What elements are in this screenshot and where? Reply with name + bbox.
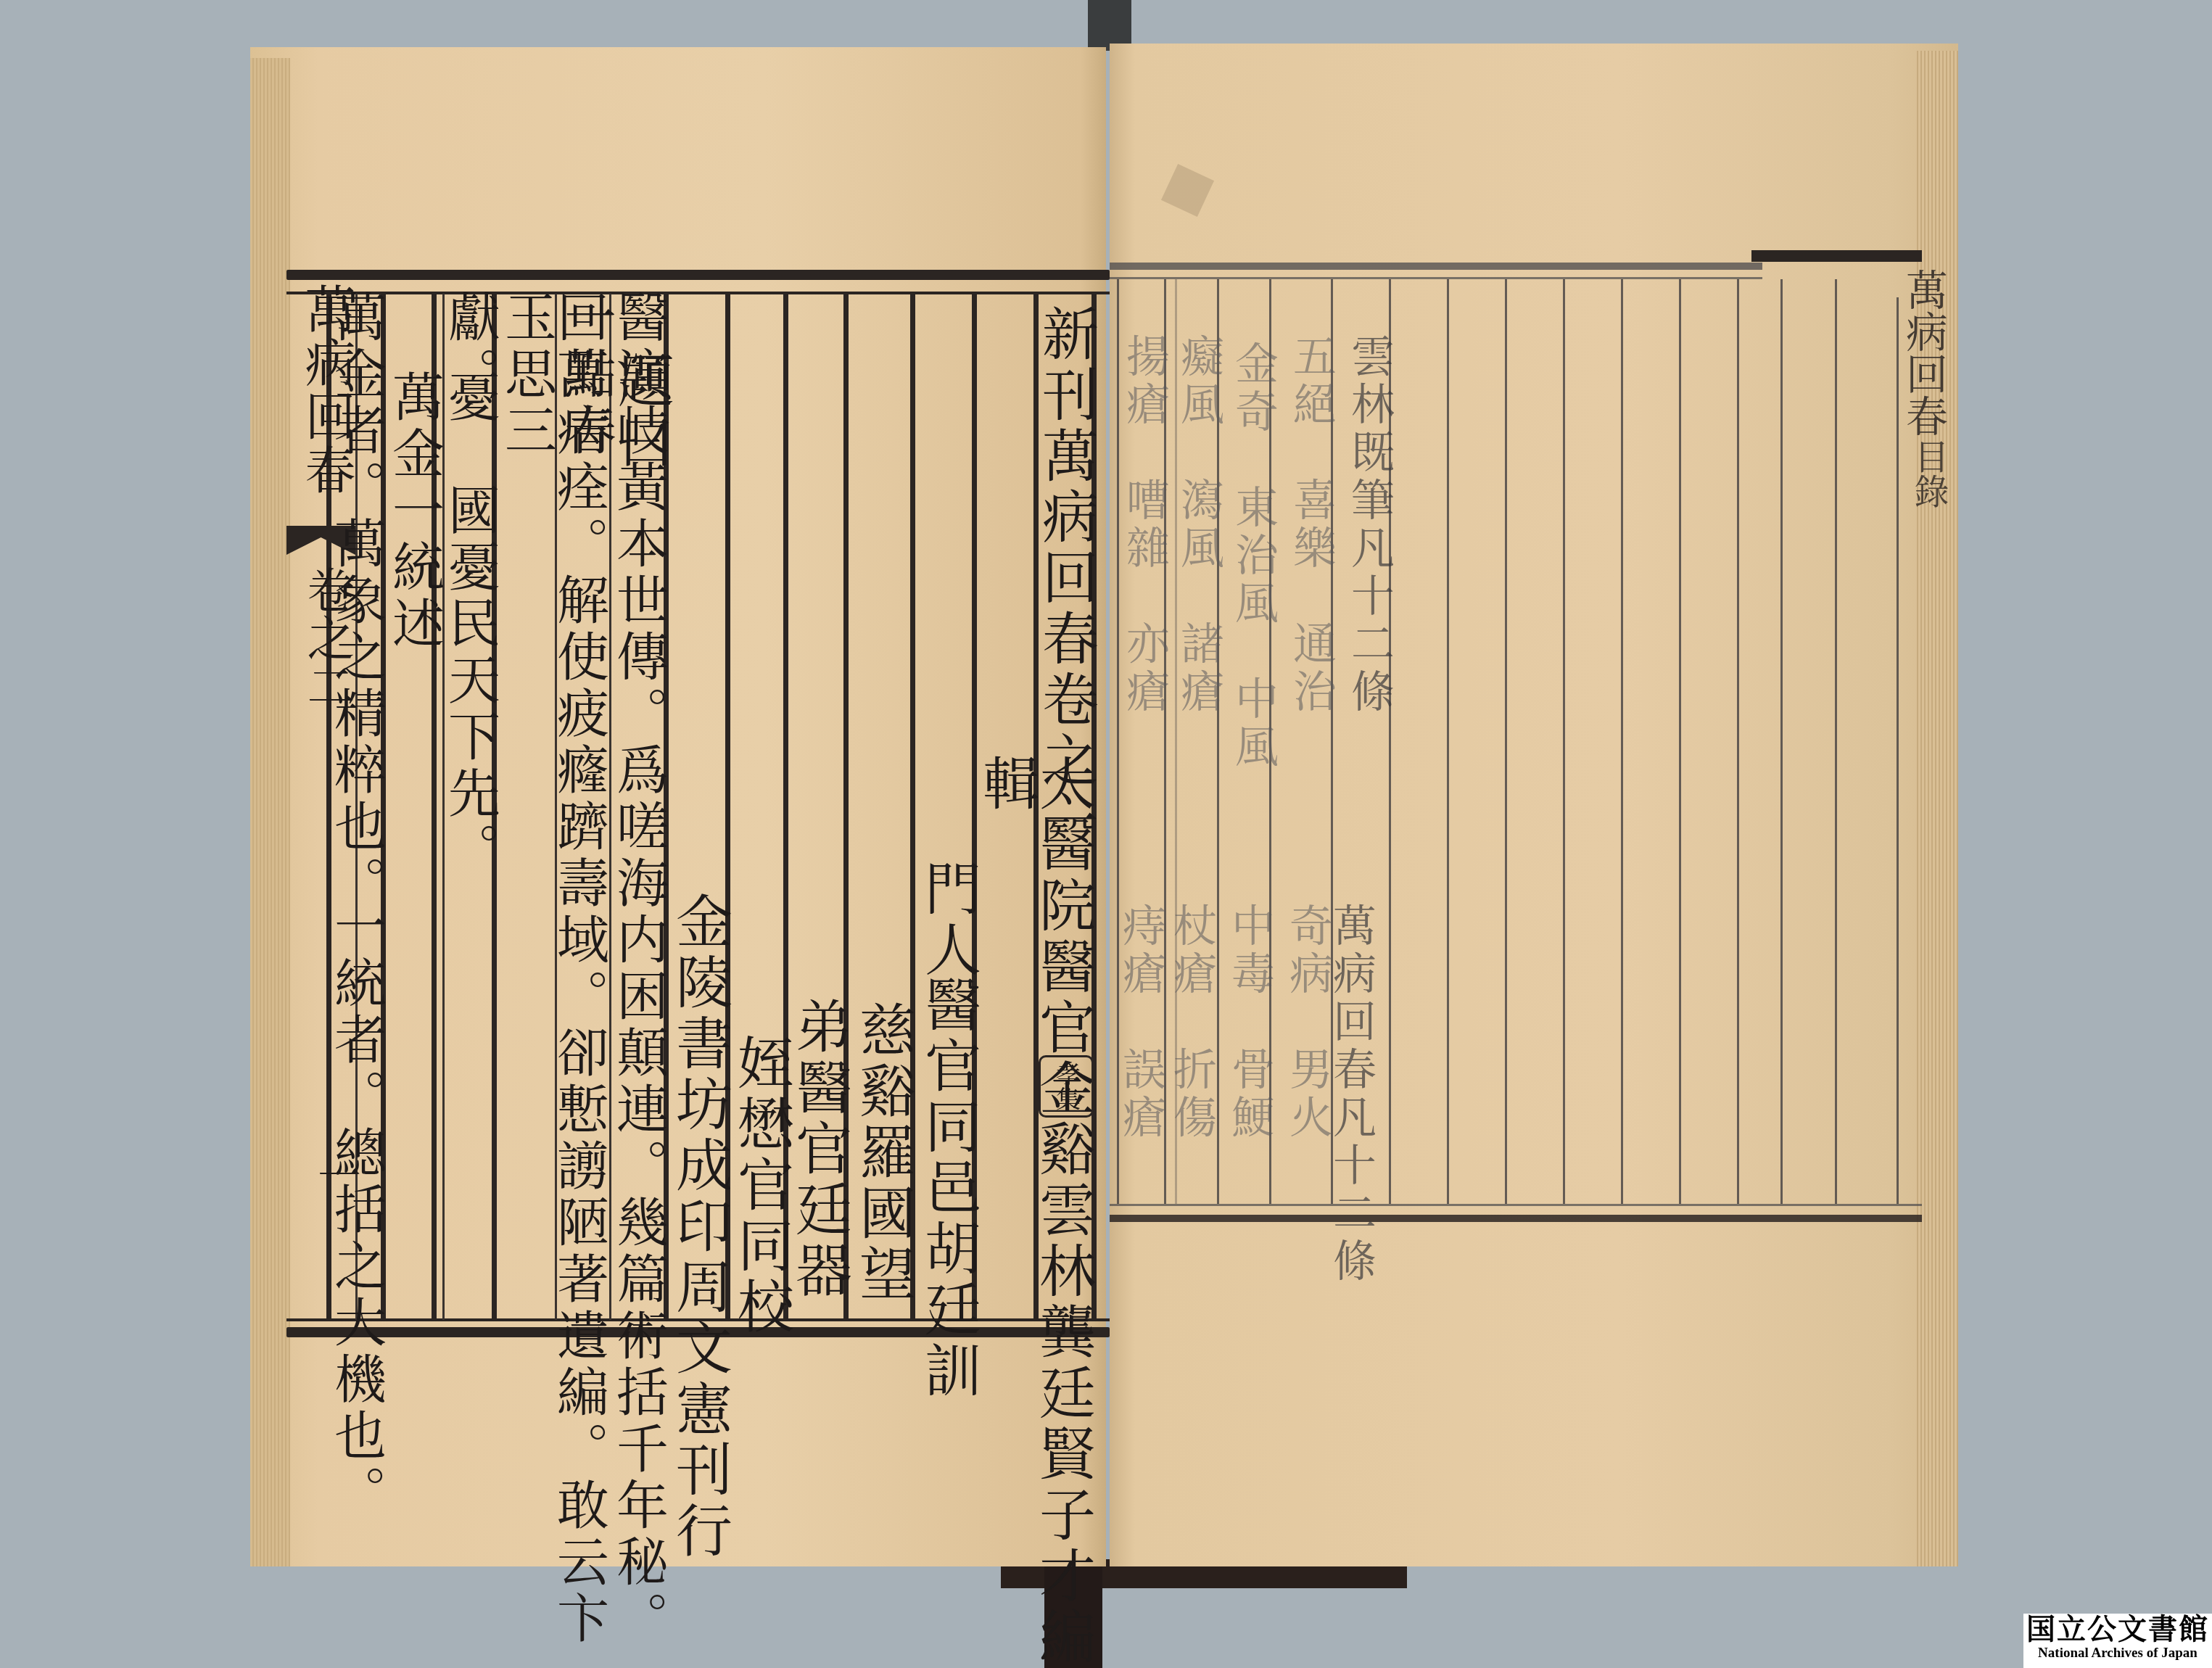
show-through-text: 中毒 骨鯁 <box>1218 903 1281 1142</box>
show-through-text: 奇病 男火 <box>1276 903 1339 1142</box>
show-through-text: 雲林既筆凡十二條 <box>1338 334 1400 717</box>
show-through-text: 五絕 喜樂 通治 <box>1280 334 1342 717</box>
show-through-text: 揚瘡 嘈雜 亦瘡 <box>1113 334 1176 717</box>
column-rule <box>1780 279 1783 1204</box>
body-text: 萬金者。萬象之精粹也。 <box>330 290 382 912</box>
collaborator-column: 醫官同邑胡廷訓 <box>920 975 976 1402</box>
column-rule <box>1679 279 1681 1204</box>
column-rule <box>1505 279 1507 1204</box>
show-through-text: 金奇 東治風 中風 <box>1222 341 1284 772</box>
publisher-column: 金陵書坊成印周文憲刊行 <box>671 892 727 1562</box>
poem-line: 憂 國憂民天下先。 <box>444 370 496 879</box>
left-top-border <box>286 270 1110 280</box>
right-top-border <box>1110 263 1762 270</box>
disciples-label: 門人 <box>920 859 976 981</box>
seal-stamp: 孝集 <box>1039 1055 1094 1118</box>
right-bottom-border <box>1110 1215 1922 1222</box>
collaborator-column: 姪懋官同校 <box>732 1033 789 1338</box>
column-rule <box>1737 279 1739 1204</box>
collaborator-column: 弟醫官廷器 <box>791 997 847 1302</box>
section-heading: 萬金一統述 <box>388 370 440 653</box>
right-margin-top-border <box>1751 250 1922 262</box>
collaborator-column: 慈谿羅國望 <box>854 1001 911 1305</box>
archive-logo-japanese: 国立公文書館 <box>2023 1614 2212 1646</box>
right-bottom-inner-border <box>1110 1204 1922 1206</box>
show-through-text: 癡風 瀉風 諸瘡 <box>1168 334 1230 717</box>
column-rule <box>1621 279 1623 1204</box>
left-page-edge <box>250 58 290 1566</box>
right-page <box>1110 44 1958 1566</box>
right-fold-margin-title: 萬病回春 <box>1893 268 1954 437</box>
column-rule <box>1447 279 1449 1204</box>
archive-logo: 国立公文書館 National Archives of Japan <box>2023 1614 2212 1668</box>
archive-logo-english: National Archives of Japan <box>2023 1646 2212 1661</box>
right-fold-margin-subtitle: 目錄 <box>1904 439 1954 508</box>
author-column: 太醫院醫官金谿雲林龔廷賢子才編輯 <box>978 754 1091 1668</box>
body-text: 一統者。總括之大機也。 <box>330 899 382 1522</box>
column-rule <box>1563 279 1565 1204</box>
right-top-inner-border <box>1110 277 1762 279</box>
column-rule <box>1835 279 1837 1204</box>
show-through-text: 痔瘡 誤瘡 <box>1110 903 1172 1142</box>
poem-line: 回萬病痊。解使疲癃躋壽域。卻慙謭陋著遺編。敢云卞玉思三 <box>500 290 605 1668</box>
left-top-inner-border <box>286 292 1110 294</box>
